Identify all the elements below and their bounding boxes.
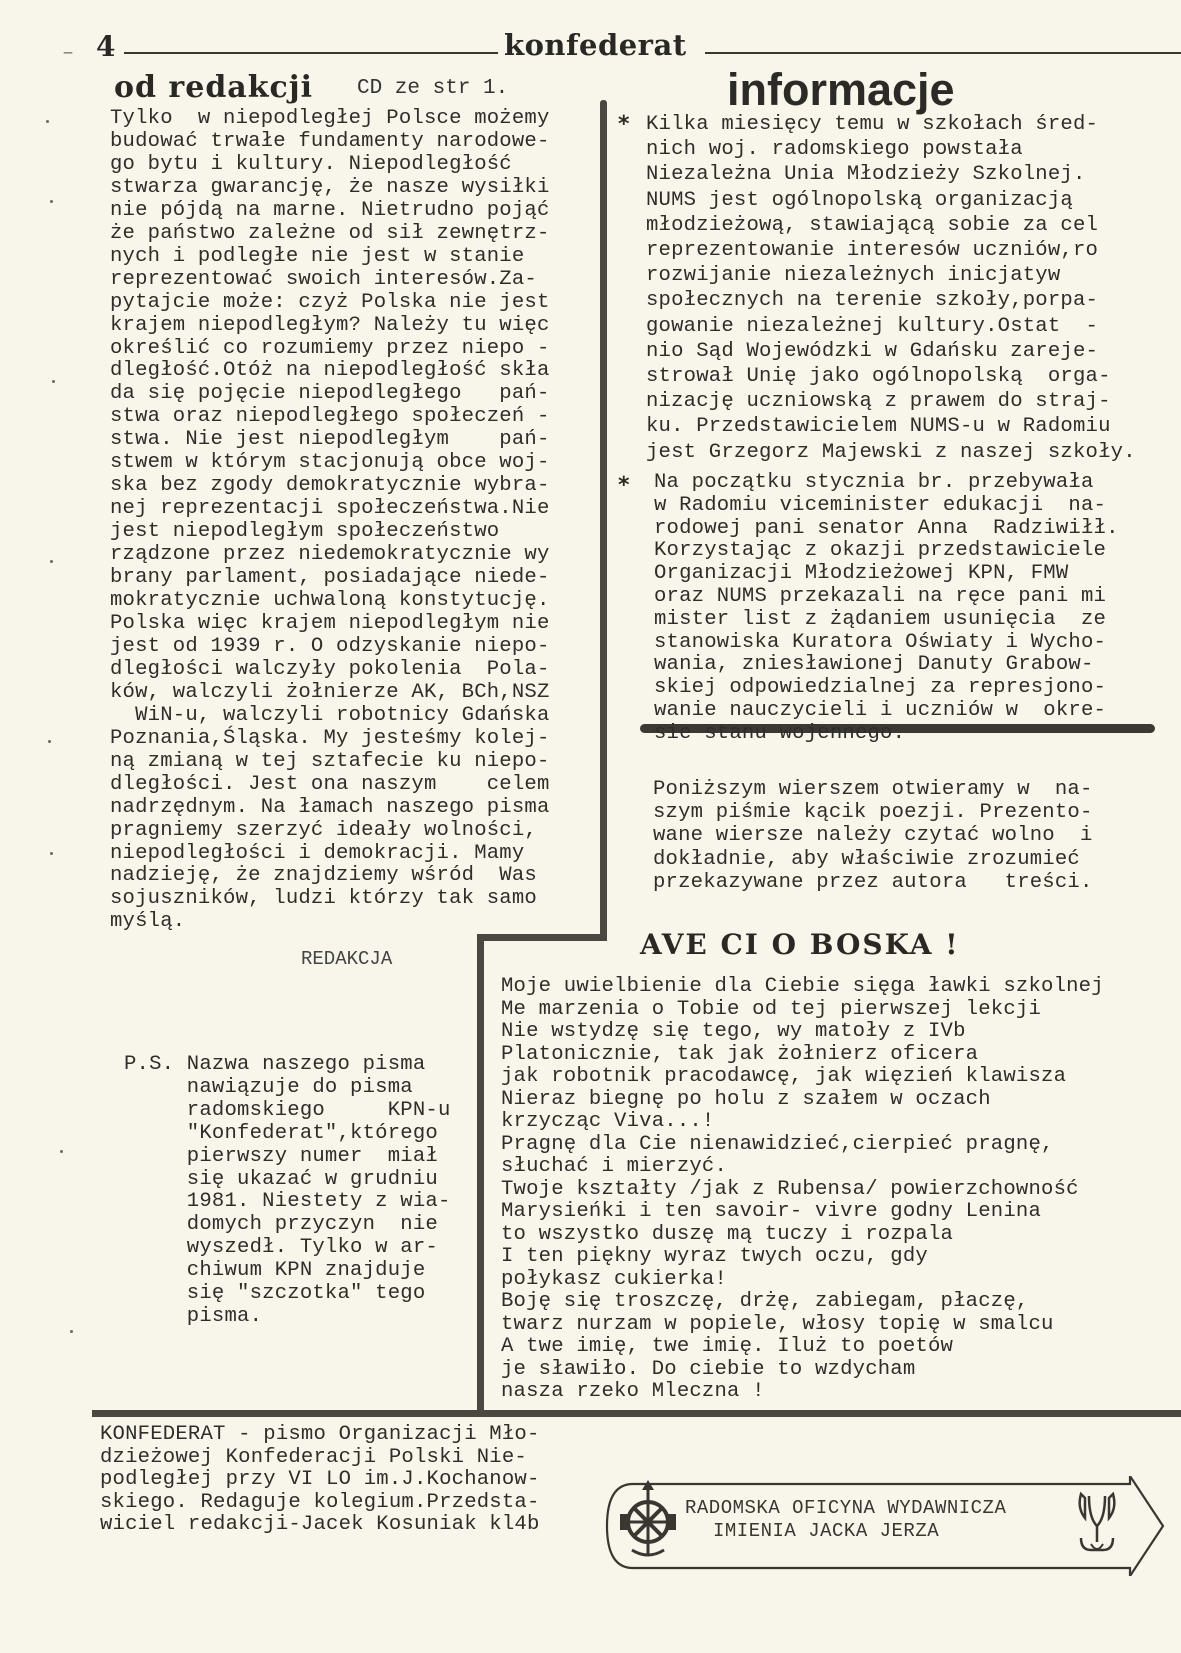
text-line: społecznych na terenie szkoły,porpa- — [646, 288, 1136, 313]
text-line: Organizacji Młodzieżowej KPN, FMW — [654, 563, 1119, 586]
text-line: stwarza gwarancję, że nasze wysiłki — [110, 177, 550, 200]
header-rule-right — [705, 52, 1181, 54]
header-rule-left — [124, 52, 498, 54]
text-line: reprezentować swoich interesów.Za- — [110, 269, 550, 292]
text-line: słuchać i mierzyć. — [501, 1156, 1104, 1179]
text-line: nie pójdą na marne. Nietrudno pojąć — [110, 200, 550, 223]
text-line: Niezależna Unia Młodzieży Szkolnej. — [646, 162, 1136, 187]
text-line: krzycząc Viva...! — [501, 1111, 1104, 1134]
text-line: 1981. Niestety z wia- — [124, 1191, 451, 1214]
info-item: Na początku stycznia br. przebywaław Rad… — [654, 472, 1119, 746]
text-line: dległości walczyły pokolenia Pola- — [110, 659, 550, 682]
text-line: dokładnie, aby właściwie zrozumieć — [653, 848, 1093, 871]
text-line: twarz nurzam w popiele, włosy topię w sm… — [501, 1314, 1104, 1337]
text-line: jest od 1939 r. O odzyskanie niepo- — [110, 636, 550, 659]
text-line: radomskiego KPN-u — [124, 1100, 451, 1123]
text-line: ska bez zgody demokratycznie wybra- — [110, 475, 550, 498]
text-line: wania, zniesławionej Danuty Grabow- — [654, 654, 1119, 677]
text-line: wiciel redakcji-Jacek Kosuniak kl4b — [100, 1514, 540, 1537]
eagle-emblem-icon — [1075, 1488, 1119, 1556]
text-line: to wszystko duszę mą tuczy i rozpala — [501, 1224, 1104, 1247]
text-line: wyszedł. Tylko w ar- — [124, 1237, 451, 1260]
text-line: KONFEDERAT - pismo Organizacji Mło- — [100, 1424, 540, 1447]
text-line: stwem w którym stacjonują obce woj- — [110, 452, 550, 475]
stamp-text-line1: RADOMSKA OFICYNA WYDAWNICZA — [685, 1497, 1006, 1519]
text-line: nej reprezentacji społeczeństwa.Nie — [110, 498, 550, 521]
text-line: da się pojęcie niepodległego pań- — [110, 383, 550, 406]
editorial-body: Tylko w niepodległej Polsce możemybudowa… — [110, 108, 550, 934]
text-line: Platonicznie, tak jak żołnierz oficera — [501, 1044, 1104, 1067]
text-line: dległości. Jest ona naszym celem — [110, 774, 550, 797]
text-line: pytajcie może: czyż Polska nie jest — [110, 292, 550, 315]
text-line: ną zmianą w tej sztafecie ku niepo- — [110, 751, 550, 774]
editorial-signature: REDAKCJA — [301, 948, 392, 970]
text-line: jak robotnik pracodawcę, jak więzień kla… — [501, 1066, 1104, 1089]
text-line: jest Grzegorz Majewski z naszej szkoły. — [646, 440, 1136, 465]
text-line: Pragnę dla Cie nienawidzieć,cierpieć pra… — [501, 1134, 1104, 1157]
text-line: jest niepodległym społeczeństwo — [110, 521, 550, 544]
text-line: skiej odpowiedzialnej za represjono- — [654, 677, 1119, 700]
text-line: pierwszy numer miał — [124, 1146, 451, 1169]
text-line: A twe imię, twe imię. Iluż to poetów — [501, 1336, 1104, 1359]
text-line: rodowej pani senator Anna Radziwiłł. — [654, 518, 1119, 541]
text-line: domych przyczyn nie — [124, 1214, 451, 1237]
editorial-title: od redakcji — [114, 70, 313, 105]
text-line: Nie wstydzę się tego, wy matoły z IVb — [501, 1021, 1104, 1044]
text-line: go bytu i kultury. Niepodległość — [110, 154, 550, 177]
anchor-cross-emblem-icon — [618, 1478, 678, 1560]
text-line: w Radomiu viceminister edukacji na- — [654, 495, 1119, 518]
text-line: Moje uwielbienie dla Ciebie sięga ławki … — [501, 976, 1104, 999]
text-line: myślą. — [110, 911, 550, 934]
text-line: że państwo zależne od sił zewnętrz- — [110, 223, 550, 246]
publication-title: konfederat — [504, 28, 687, 62]
editorial-continued-note: CD ze str 1. — [357, 77, 508, 100]
text-line: nasza rzeko Mleczna ! — [501, 1381, 1104, 1404]
text-line: NUMS jest ogólnopolską organizacją — [646, 188, 1136, 213]
stamp-text-line2: IMIENIA JACKA JERZA — [713, 1520, 939, 1542]
text-line: się "szczotka" tego — [124, 1283, 451, 1306]
text-line: się ukazać w grudniu — [124, 1169, 451, 1192]
text-line: Me marzenia o Tobie od tej pierwszej lek… — [501, 999, 1104, 1022]
text-line: rządzone przez niedemokratycznie wy — [110, 544, 550, 567]
text-line: Boję się troszczę, drżę, zabiegam, płacz… — [501, 1291, 1104, 1314]
text-line: ków, walczyli żołnierze AK, BCh,NSZ — [110, 682, 550, 705]
text-line: sie stanu wojennego. — [654, 723, 1119, 746]
text-line: strował Unię jako ogólnopolską orga- — [646, 364, 1136, 389]
text-line: skiego. Redaguje kolegium.Przedsta- — [100, 1492, 540, 1515]
colophon: KONFEDERAT - pismo Organizacji Mło-dzież… — [100, 1424, 540, 1537]
text-line: Nieraz biegnę po holu z szałem w oczach — [501, 1089, 1104, 1112]
text-line: nio Sąd Wojewódzki w Gdańsku zareje- — [646, 339, 1136, 364]
text-line: Poznania,Śląska. My jesteśmy kolej- — [110, 728, 550, 751]
text-line: Tylko w niepodległej Polsce możemy — [110, 108, 550, 131]
text-line: podległej przy VI LO im.J.Kochanow- — [100, 1469, 540, 1492]
text-line: szym piśmie kącik poezji. Prezento- — [653, 801, 1093, 824]
text-line: przekazywane przez autora treści. — [653, 871, 1093, 894]
text-line: WiN-u, walczyli robotnicy Gdańska — [110, 705, 550, 728]
text-line: sojuszników, ludzi którzy tak samo — [110, 888, 550, 911]
text-line: wanie nauczycieli i uczniów w okre- — [654, 700, 1119, 723]
postscript-body: P.S. Nazwa naszego pisma nawiązuje do pi… — [124, 1054, 451, 1329]
text-line: określić co rozumiemy przez niepo - — [110, 338, 550, 361]
text-line: gowanie niezależnej kultury.Ostat - — [646, 314, 1136, 339]
text-line: nych i podległe nie jest w stanie — [110, 246, 550, 269]
text-line: nadzieję, że znajdziemy wśród Was — [110, 865, 550, 888]
text-line: je sławiło. Do ciebie to wzdycham — [501, 1359, 1104, 1382]
poem-title: AVE CI O BOSKA ! — [640, 928, 960, 961]
info-column-border — [600, 100, 607, 940]
text-line: dzieżowej Konfederacji Polski Nie- — [100, 1447, 540, 1470]
text-line: nizację uczniowską z prawem do straj- — [646, 389, 1136, 414]
text-line: pragniemy szerzyć ideały wolności, — [110, 820, 550, 843]
text-line: I ten piękny wyraz twych oczu, gdy — [501, 1246, 1104, 1269]
text-line: Polska więc krajem niepodległym nie — [110, 613, 550, 636]
text-line: "Konfederat",którego — [124, 1123, 451, 1146]
information-title: informacje — [727, 64, 955, 116]
text-line: Marysieńki i ten savoir- vivre godny Len… — [501, 1201, 1104, 1224]
text-line: Na początku stycznia br. przebywała — [654, 472, 1119, 495]
text-line: P.S. Nazwa naszego pisma — [124, 1054, 451, 1077]
text-line: reprezentowanie interesów uczniów,ro — [646, 238, 1136, 263]
text-line: mister list z żądaniem usunięcia ze — [654, 609, 1119, 632]
text-line: pisma. — [124, 1306, 451, 1329]
text-line: rozwijanie niezależnych inicjatyw — [646, 263, 1136, 288]
poetry-intro: Poniższym wierszem otwieramy w na-szym p… — [653, 778, 1093, 894]
text-line: Twoje kształty /jak z Rubensa/ powierzch… — [501, 1179, 1104, 1202]
text-line: niepodległości i demokracji. Mamy — [110, 843, 550, 866]
text-line: wane wiersze należy czytać wolno i — [653, 824, 1093, 847]
poem-body: Moje uwielbienie dla Ciebie sięga ławki … — [501, 976, 1104, 1404]
info-item: Kilka miesięcy temu w szkołach śred-nich… — [646, 112, 1136, 465]
footer-rule — [92, 1410, 1181, 1417]
bullet-star-icon: * — [618, 112, 630, 137]
text-line: budować trwałe fundamenty narodowe- — [110, 131, 550, 154]
text-line: oraz NUMS przekazali na ręce pani mi — [654, 586, 1119, 609]
text-line: stwa. Nie jest niepodległym pań- — [110, 429, 550, 452]
text-line: Poniższym wierszem otwieramy w na- — [653, 778, 1093, 801]
text-line: młodzieżową, stawiającą sobie za cel — [646, 213, 1136, 238]
text-line: nich woj. radomskiego powstała — [646, 137, 1136, 162]
text-line: dległość.Otóż na niepodległość skła — [110, 360, 550, 383]
text-line: stwa oraz niepodległego społeczeń - — [110, 406, 550, 429]
page-number: 4 — [96, 30, 115, 63]
text-line: połykasz cukierka! — [501, 1269, 1104, 1292]
text-line: ku. Przedstawicielem NUMS-u w Radomiu — [646, 414, 1136, 439]
text-line: nadrzędnym. Na łamach naszego pisma — [110, 797, 550, 820]
text-line: krajem niepodległym? Należy tu więc — [110, 315, 550, 338]
text-line: mokratycznie uchwaloną konstytucję. — [110, 590, 550, 613]
text-line: Kilka miesięcy temu w szkołach śred- — [646, 112, 1136, 137]
poem-column-border — [477, 934, 484, 1412]
text-line: brany parlament, posiadające niede- — [110, 567, 550, 590]
text-line: stanowiska Kuratora Oświaty i Wycho- — [654, 632, 1119, 655]
text-line: chiwum KPN znajduje — [124, 1260, 451, 1283]
text-line: Korzystając z okazji przedstawiciele — [654, 540, 1119, 563]
bullet-star-icon: * — [618, 473, 630, 498]
step-border-horizontal — [477, 934, 607, 941]
header-dash: – — [62, 42, 74, 65]
text-line: nawiązuje do pisma — [124, 1077, 451, 1100]
